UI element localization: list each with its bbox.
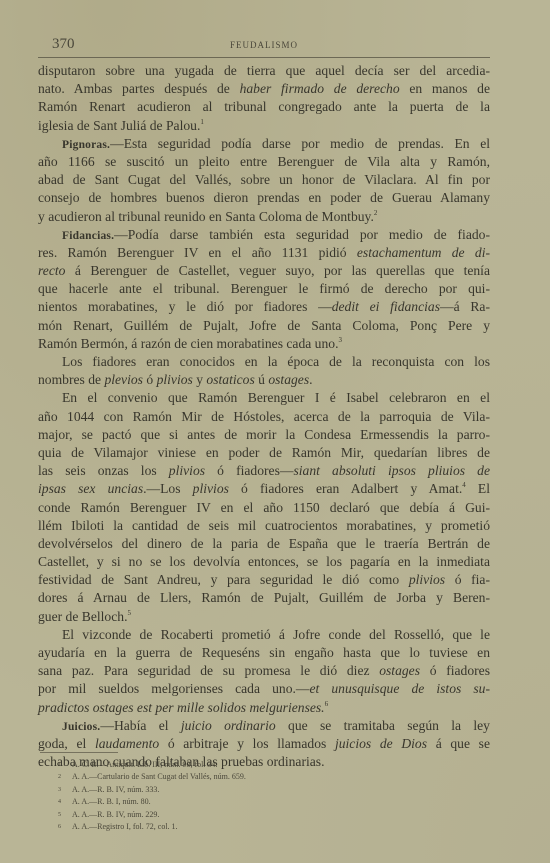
footnote-text: A. A.—R. B. I, núm. 80.: [72, 797, 151, 806]
text-line: año 1044 con Ramón Mir de Hóstoles, acer…: [38, 408, 490, 426]
text-run: goda, el: [38, 736, 95, 751]
footnote-text: A. A.—R. B. IV, núm. 333.: [72, 785, 159, 794]
italic-phrase: juicios de Dios: [335, 736, 427, 751]
text-line: por mil sueldos melgorienses cada uno.—e…: [38, 680, 490, 698]
footnote-number: 2: [58, 772, 72, 783]
text-line: nato. Ambas partes después de haber firm…: [38, 80, 490, 98]
running-head: 370 FEUDALISMO: [38, 36, 490, 56]
text-line: que hacerle ante el tribunal. Berenguer …: [38, 280, 490, 298]
footnote-ref-3[interactable]: 3: [338, 336, 342, 344]
text-run: guer de Belloch.: [38, 609, 127, 624]
italic-phrase: plivios: [193, 481, 229, 496]
text-run: á Berenguer de Castellet, veguer suyo, p…: [65, 263, 490, 278]
footnote-number: 4: [58, 797, 72, 808]
text-run: que hacerle ante el tribunal. Berenguer …: [38, 281, 490, 296]
text-run: Castellet, y si no se los devolvía enton…: [38, 554, 490, 569]
text-line: iglesia de Sant Juliá de Palou.1: [38, 117, 490, 135]
text-line: Fidancias.—Podía darse también esta segu…: [38, 226, 490, 244]
text-line: ayudaría en la guerra de Requeséns sin e…: [38, 644, 490, 662]
header-rule: [38, 57, 490, 58]
text-run: y acudieron al tribunal reunido en Santa…: [38, 209, 374, 224]
footnote-1: 1A. C. B.—Antiquit. Lib. III, núm. 93, f…: [58, 759, 458, 771]
text-line: las seis onzas los plivios ó fiadores—si…: [38, 462, 490, 480]
text-line: Los fiadores eran conocidos en la época …: [38, 353, 490, 371]
text-line: Juicios.—Había el juicio ordinario que s…: [38, 717, 490, 735]
text-run: las seis onzas los: [38, 463, 169, 478]
italic-phrase: estachamentum de di-: [357, 245, 490, 260]
text-line: consejo de hombres buenos dieron prendas…: [38, 189, 490, 207]
text-run: ó fia-: [445, 572, 490, 587]
italic-phrase: plivios: [169, 463, 205, 478]
footnote-ref-5[interactable]: 5: [127, 609, 131, 617]
text-line: món Renart, Guillém de Pujalt, Jofre de …: [38, 317, 490, 335]
text-line: festividad de Sant Andreu, y para seguri…: [38, 571, 490, 589]
footnote-text: A. A.—Cartulario de Sant Cugat del Vallé…: [72, 772, 246, 781]
italic-phrase: ostaticos: [206, 372, 254, 387]
text-line: quia de Vilamajor viniese en poder de Ra…: [38, 444, 490, 462]
text-run: nientos morabatines, y le dió por fiador…: [38, 299, 332, 314]
text-line: disputaron sobre una yugada de tierra qu…: [38, 62, 490, 80]
text-run: año 1044 con Ramón Mir de Hóstoles, acer…: [38, 409, 490, 424]
footnote-ref-6[interactable]: 6: [325, 700, 329, 708]
text-run: llém Ibiloti la cantidad de seis mil cua…: [38, 518, 490, 533]
italic-phrase: plivios: [409, 572, 445, 587]
text-run: ú: [255, 372, 269, 387]
text-run: ó arbitraje y los llamados: [159, 736, 335, 751]
text-line: guer de Belloch.5: [38, 608, 490, 626]
text-line: y acudieron al tribunal reunido en Santa…: [38, 208, 490, 226]
text-line: recto á Berenguer de Castellet, veguer s…: [38, 262, 490, 280]
text-line: En el convenio que Ramón Berenguer I é I…: [38, 389, 490, 407]
italic-phrase: et unusquisque de istos su-: [309, 681, 490, 696]
text-run: —Podía darse también esta seguridad por …: [114, 227, 490, 242]
text-line: Pignoras.—Esta seguridad podía darse por…: [38, 135, 490, 153]
text-line: res. Ramón Berenguer IV en el año 1131 p…: [38, 244, 490, 262]
text-line: El vizconde de Rocaberti prometió á Jofr…: [38, 626, 490, 644]
book-page: 370 FEUDALISMO disputaron sobre una yuga…: [0, 0, 550, 863]
italic-phrase: plevios: [104, 372, 143, 387]
text-run: Ramón Renart acudieron al tribunal congr…: [38, 99, 490, 114]
text-run: ayudaría en la guerra de Requeséns sin e…: [38, 645, 490, 660]
text-line: devolvérselos del dinero de la paria de …: [38, 535, 490, 553]
text-line: Ramón Bermón, á razón de cien morabatine…: [38, 335, 490, 353]
text-line: nientos morabatines, y le dió por fiador…: [38, 298, 490, 316]
footnote-2: 2A. A.—Cartulario de Sant Cugat del Vall…: [58, 771, 458, 783]
text-run: El vizconde de Rocaberti prometió á Jofr…: [62, 627, 490, 642]
footnote-text: A. A.—R. B. IV, núm. 229.: [72, 810, 159, 819]
text-run: ó fiadores eran Adalbert y Amat.: [229, 481, 462, 496]
text-run: conde Ramón Berenguer IV en el año 1150 …: [38, 500, 490, 515]
footnote-text: A. C. B.—Antiquit. Lib. III, núm. 93, fo…: [72, 760, 217, 769]
footnote-ref-2[interactable]: 2: [374, 209, 378, 217]
footnote-number: 5: [58, 810, 72, 821]
italic-phrase: ostages: [379, 663, 420, 678]
italic-phrase: plivios: [157, 372, 193, 387]
italic-phrase: recto: [38, 263, 65, 278]
text-line: ipsas sex uncias.—Los plivios ó fiadores…: [38, 480, 490, 498]
text-line: pradictos ostages est per mille solidos …: [38, 699, 490, 717]
text-run: Ramón Bermón, á razón de cien morabatine…: [38, 336, 338, 351]
text-run: ó fiadores: [420, 663, 490, 678]
footnote-number: 1: [58, 760, 72, 771]
text-run: En el convenio que Ramón Berenguer I é I…: [62, 390, 490, 405]
text-run: por mil sueldos melgorienses cada uno.—: [38, 681, 309, 696]
body-text: disputaron sobre una yugada de tierra qu…: [38, 62, 490, 771]
section-heading-fidancias: Fidancias.: [62, 230, 114, 242]
text-run: —Había el: [100, 718, 180, 733]
text-run: dores á Arnau de Llers, Ramón de Pujalt,…: [38, 590, 490, 605]
footnote-number: 6: [58, 822, 72, 833]
footnote-5: 5A. A.—R. B. IV, núm. 229.: [58, 809, 458, 821]
text-run: —Esta seguridad podía darse por medio de…: [110, 136, 490, 151]
text-run: .: [309, 372, 312, 387]
text-run: ó fiadores—: [205, 463, 293, 478]
text-line: dores á Arnau de Llers, Ramón de Pujalt,…: [38, 589, 490, 607]
footnote-rule: [40, 752, 118, 753]
text-run: festividad de Sant Andreu, y para seguri…: [38, 572, 409, 587]
text-run: món Renart, Guillém de Pujalt, Jofre de …: [38, 318, 490, 333]
footnote-text: A. A.—Registro I, fol. 72, col. 1.: [72, 822, 178, 831]
italic-phrase: pradictos ostages est per mille solidos …: [38, 700, 325, 715]
italic-phrase: juicio ordinario: [181, 718, 276, 733]
text-run: res. Ramón Berenguer IV en el año 1131 p…: [38, 245, 357, 260]
text-run: El: [466, 481, 490, 496]
text-run: iglesia de Sant Juliá de Palou.: [38, 118, 200, 133]
footnote-3: 3A. A.—R. B. IV, núm. 333.: [58, 784, 458, 796]
italic-phrase: laudamento: [95, 736, 159, 751]
text-line: goda, el laudamento ó arbitraje y los ll…: [38, 735, 490, 753]
text-run: y: [193, 372, 207, 387]
footnote-6: 6A. A.—Registro I, fol. 72, col. 1.: [58, 821, 458, 833]
text-run: devolvérselos del dinero de la paria de …: [38, 536, 490, 551]
footnote-4: 4A. A.—R. B. I, núm. 80.: [58, 796, 458, 808]
italic-phrase: ostages: [268, 372, 309, 387]
text-run: consejo de hombres buenos dieron prendas…: [38, 190, 490, 205]
text-run: abad de Sant Cugat del Vallés, sobre un …: [38, 172, 490, 187]
text-run: disputaron sobre una yugada de tierra qu…: [38, 63, 490, 78]
running-title: FEUDALISMO: [38, 40, 490, 50]
text-line: conde Ramón Berenguer IV en el año 1150 …: [38, 499, 490, 517]
text-line: major, se pactó que si antes de morir la…: [38, 426, 490, 444]
italic-phrase: dedit ei fidancias: [332, 299, 440, 314]
text-run: quia de Vilamajor viniese en poder de Ra…: [38, 445, 490, 460]
text-run: en manos de: [400, 81, 490, 96]
text-run: —á Ra-: [440, 299, 490, 314]
section-heading-pignoras: Pignoras.: [62, 139, 110, 151]
italic-phrase: haber firmado de derecho: [240, 81, 400, 96]
text-line: llém Ibiloti la cantidad de seis mil cua…: [38, 517, 490, 535]
text-run: Los fiadores eran conocidos en la época …: [62, 354, 490, 369]
text-run: major, se pactó que si antes de morir la…: [38, 427, 490, 442]
text-run: ó: [143, 372, 157, 387]
italic-phrase: ipsas sex uncias: [38, 481, 143, 496]
footnote-ref-1[interactable]: 1: [200, 118, 204, 126]
text-line: abad de Sant Cugat del Vallés, sobre un …: [38, 171, 490, 189]
text-run: .—Los: [143, 481, 193, 496]
text-run: que se tramitaba según la ley: [276, 718, 490, 733]
text-line: año 1166 se suscitó un pleito entre Bere…: [38, 153, 490, 171]
text-line: sana paz. Para seguridad de su promesa l…: [38, 662, 490, 680]
footnotes: 1A. C. B.—Antiquit. Lib. III, núm. 93, f…: [58, 759, 458, 833]
text-line: Ramón Renart acudieron al tribunal congr…: [38, 98, 490, 116]
italic-phrase: siant absoluti ipsos pliuios de: [293, 463, 490, 478]
text-run: nombres de: [38, 372, 104, 387]
footnote-number: 3: [58, 785, 72, 796]
text-run: á que se: [427, 736, 490, 751]
text-run: sana paz. Para seguridad de su promesa l…: [38, 663, 379, 678]
text-run: año 1166 se suscitó un pleito entre Bere…: [38, 154, 490, 169]
text-line: Castellet, y si no se los devolvía enton…: [38, 553, 490, 571]
text-line: nombres de plevios ó plivios y ostaticos…: [38, 371, 490, 389]
section-heading-juicios: Juicios.: [62, 721, 100, 733]
text-run: nato. Ambas partes después de: [38, 81, 240, 96]
